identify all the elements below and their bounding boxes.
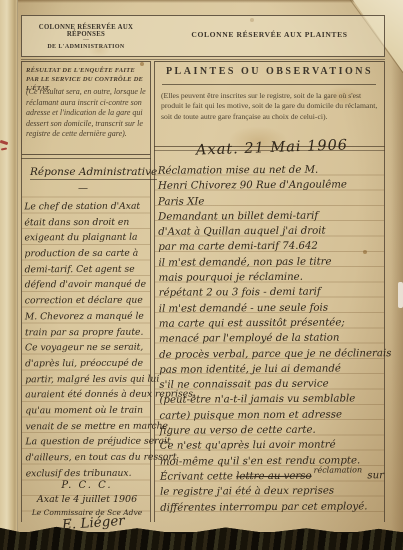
enquete-printed-note: (Ce résultat sera, en outre, lorsque le … xyxy=(26,87,147,140)
handwriting-line: demi-tarif. Cet agent se xyxy=(25,261,149,277)
handwriting-line: par ma carte demi-tarif 74.642 xyxy=(158,239,382,256)
binding-edge xyxy=(0,0,18,532)
handwriting-line: train par sa propre faute. xyxy=(25,324,149,340)
response-text: Le chef de station d'Axat était dans son… xyxy=(24,199,149,482)
plaintes-printed-note: (Elles peuvent être inscrites sur le reg… xyxy=(161,91,380,122)
handwriting-line: Réclamation mise au net de M. xyxy=(158,162,382,179)
handwriting-line: mais pourquoi je réclamine. xyxy=(159,269,383,286)
handwriting-line: Ce voyageur ne se serait, xyxy=(25,340,149,356)
handwriting-line: Demandant un billet demi-tarif xyxy=(158,208,382,225)
handwriting-line: d'ailleurs, en tout cas du ressort xyxy=(26,450,150,466)
plaintes-printed-title: PLAINTES OU OBSERVATIONS xyxy=(156,66,383,77)
correction-before: Écrivant cette xyxy=(160,471,236,483)
header-band-double-rule xyxy=(21,59,385,60)
handwriting-line: exigeant du plaignant la xyxy=(24,230,148,246)
handwriting-line: carte) puisque mon nom et adresse xyxy=(159,407,383,424)
handwriting-line: le registre j'ai été à deux reprises xyxy=(160,483,384,500)
struck-words: lettre au verso xyxy=(236,471,312,483)
handwriting-line: d'Axat à Quillan auquel j'ai droit xyxy=(158,223,382,240)
right-column-header: COLONNE RÉSERVÉE AUX PLAINTES xyxy=(156,30,383,39)
register-page-scan: COLONNE RÉSERVÉE AUX RÉPONSES — DE L'ADM… xyxy=(0,0,403,550)
handwriting-line: était dans son droit en xyxy=(24,214,148,230)
pcc-abbreviation: P. C. C. xyxy=(25,480,149,491)
handwriting-line: correction et déclare que xyxy=(25,293,149,309)
handwriting-line: production de sa carte à xyxy=(25,246,149,262)
handwriting-line: il m'est demandé - une seule fois xyxy=(159,300,383,317)
handwriting-line: venait de se mettre en marche. xyxy=(25,418,149,434)
handwriting-line: il m'est demandé, non pas le titre xyxy=(158,254,382,271)
handwriting-line: Henri Chivorez 90 Rue d'Angoulême xyxy=(158,178,382,195)
complaint-text: Réclamation mise au net de M. Henri Chiv… xyxy=(158,162,384,515)
handwriting-line: différentes interrompu par cet employé. xyxy=(160,499,384,516)
handwriting-line: Le chef de station d'Axat xyxy=(24,199,148,215)
handwriting-line: qu'au moment où le train xyxy=(25,403,149,419)
response-date: Axat le 4 juillet 1906 xyxy=(25,494,149,505)
handwriting-line: défend d'avoir manqué de xyxy=(25,277,149,293)
page-curl-shade xyxy=(391,0,403,532)
handwriting-line: auraient été donnés à deux reprises, xyxy=(25,387,149,403)
handwriting-line: d'après lui, préoccupé de xyxy=(25,356,149,372)
handwriting-line-with-correction: Écrivant cette lettre au versoréclamatio… xyxy=(160,468,384,485)
handwriting-line: de procès verbal, parce que je ne déclin… xyxy=(159,346,383,363)
handwriting-line: répétant 2 ou 3 fois - demi tarif xyxy=(159,285,383,302)
handwriting-line: Paris XIe xyxy=(158,193,382,210)
handwriting-line: M. Chevorez a manqué le xyxy=(25,308,149,324)
response-title: Réponse Administrative xyxy=(30,166,157,180)
left-column-header: COLONNE RÉSERVÉE AUX RÉPONSES — DE L'ADM… xyxy=(23,24,149,50)
correction-after: sur xyxy=(364,470,384,481)
handwriting-line: menacé par l'employé de la station xyxy=(159,330,383,347)
torn-edge-patch xyxy=(398,282,403,308)
title-dash: — xyxy=(78,183,88,194)
handwriting-line: Ce n'est qu'après lui avoir montré xyxy=(160,438,384,455)
handwriting-line: pas mon identité, je lui ai demandé xyxy=(159,361,383,378)
left-header-subtitle: DE L'ADMINISTRATION xyxy=(23,44,149,50)
handwriting-line: ma carte qui est aussitôt présentée; xyxy=(159,315,383,332)
handwriting-line: partir, malgré les avis qui lui xyxy=(25,371,149,387)
left-header-title: COLONNE RÉSERVÉE AUX RÉPONSES xyxy=(23,24,149,38)
handwriting-line: La question de préjudice serait xyxy=(25,434,149,450)
plaintes-title-underline xyxy=(162,84,376,85)
header-ornament: — xyxy=(23,38,149,43)
handwriting-line: figure au verso de cette carte. xyxy=(160,422,384,439)
paper-top-edge xyxy=(0,0,403,3)
inserted-word: réclamation xyxy=(314,465,363,474)
